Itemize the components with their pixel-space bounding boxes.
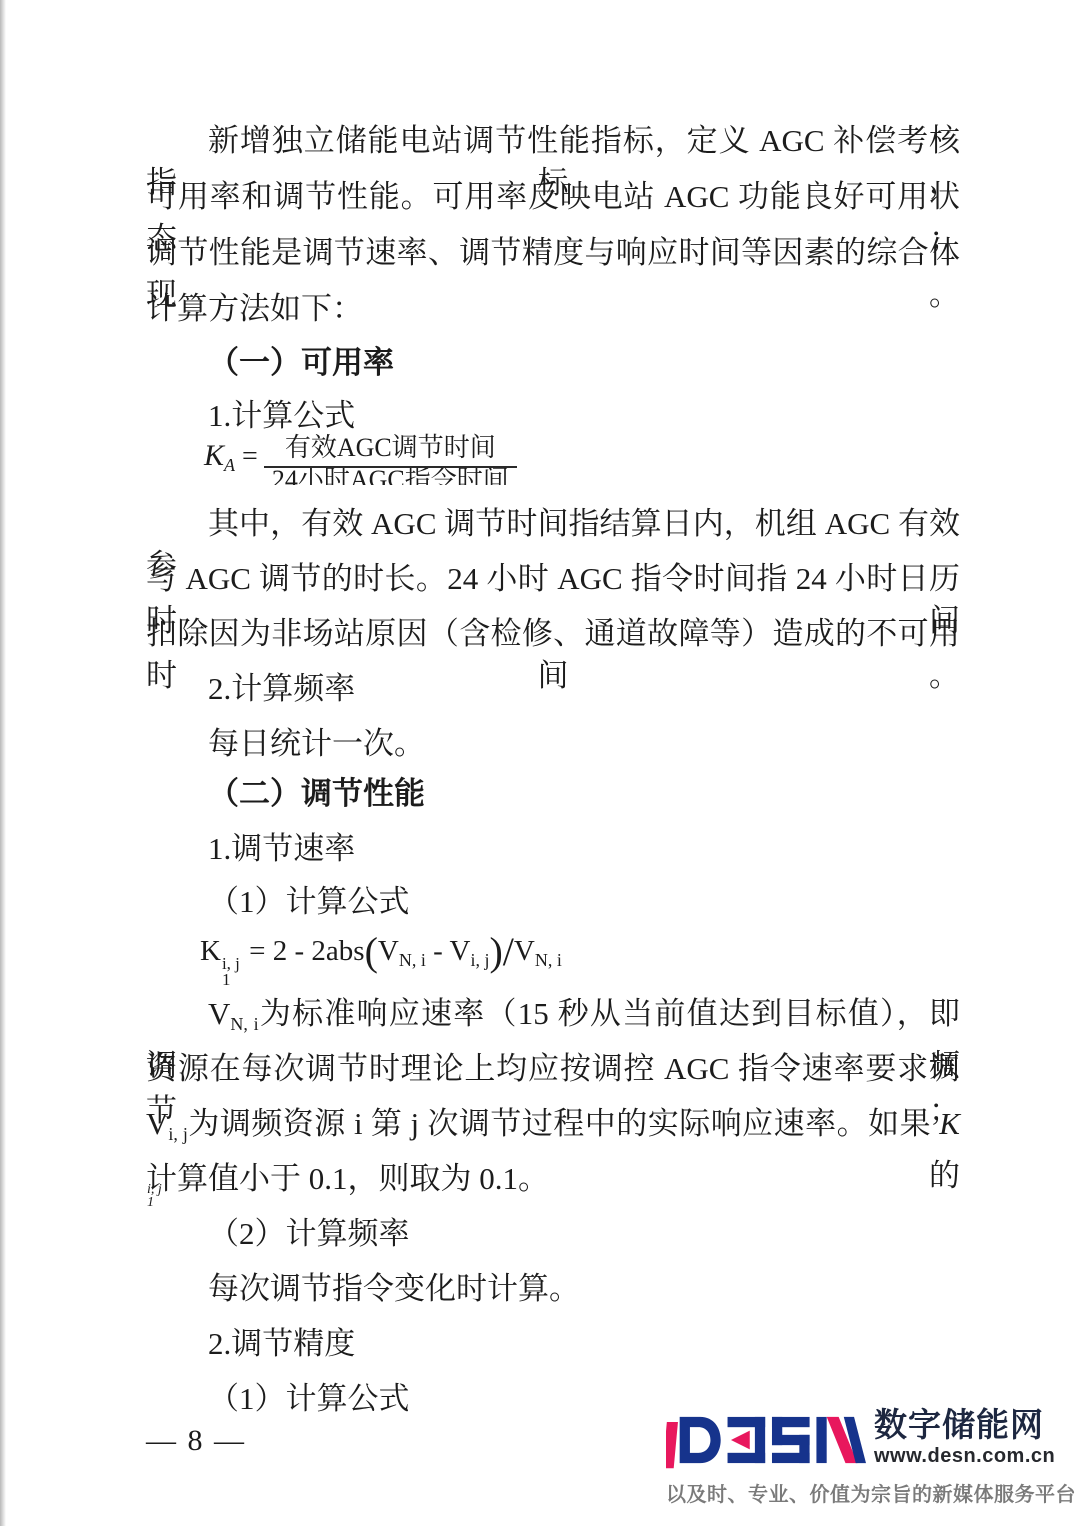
scan-edge-shadow — [0, 0, 6, 1526]
list-label: （1）计算公式 — [146, 881, 960, 923]
fraction-numerator: 有效AGC调节时间 — [264, 432, 517, 468]
section-heading: （二）调节性能 — [146, 773, 960, 815]
site-url: www.desn.com.cn — [874, 1444, 1055, 1468]
paragraph-line: 计算方法如下： — [146, 288, 960, 330]
list-label: 2.计算频率 — [146, 668, 960, 710]
paragraph-line: 每日统计一次。 — [146, 723, 960, 765]
list-label: （2）计算频率 — [146, 1213, 960, 1255]
v-standard: VN, i — [514, 935, 562, 967]
fraction-denominator-clipped: 24小时AGC指令时间 — [264, 468, 517, 485]
minus-sign: - — [433, 935, 449, 967]
site-name: 数字储能网 — [874, 1406, 1055, 1444]
site-tagline: 以及时、专业、价值为宗旨的新媒体服务平台 — [666, 1478, 1068, 1507]
formula-lhs: KA — [204, 439, 235, 472]
desn-logo-icon — [666, 1410, 866, 1470]
v-actual: Vi, j — [450, 935, 490, 967]
v-standard: VN, i — [208, 996, 259, 1031]
v-standard: VN, i — [378, 935, 426, 967]
fraction: 有效AGC调节时间24小时AGC指令时间 — [264, 432, 517, 485]
formula-availability: KA =有效AGC调节时间24小时AGC指令时间 — [204, 432, 517, 485]
formula-regulation-speed: Ki, j1 = 2 - 2abs(VN, i - Vi, j)/VN, i — [200, 928, 562, 988]
section-heading: （一）可用率 — [146, 342, 960, 384]
list-label: 1.计算公式 — [146, 395, 960, 437]
close-paren-slash: )/ — [489, 929, 513, 974]
page-number: — 8 — — [146, 1424, 246, 1458]
list-label: 1.调节速率 — [146, 828, 960, 870]
formula-body: = 2 - 2abs — [249, 935, 364, 967]
v-actual: Vi, j — [146, 1106, 188, 1141]
equals-sign: = — [242, 441, 258, 472]
document-page: 新增独立储能电站调节性能指标，定义 AGC 补偿考核指标， 可用率和调节性能。可… — [0, 0, 1080, 1526]
paragraph-line: 每次调节指令变化时计算。 — [146, 1268, 960, 1310]
list-label: 2.调节精度 — [146, 1323, 960, 1365]
paragraph-line: 计算值小于 0.1，则取为 0.1。 — [146, 1158, 960, 1200]
desn-watermark: 数字储能网 www.desn.com.cn 以及时、专业、价值为宗旨的新媒体服务… — [666, 1406, 1068, 1507]
open-paren: ( — [365, 929, 378, 974]
formula-lhs: Ki, j1 — [200, 935, 242, 967]
